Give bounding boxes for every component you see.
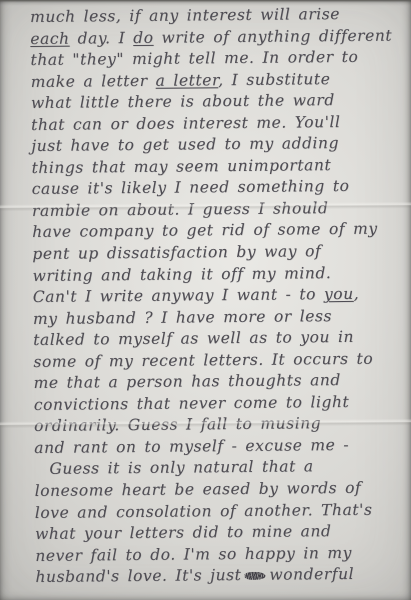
handwriting-text: things that may seem unimportant (31, 156, 331, 177)
handwriting-text: writing and taking it off my mind. (32, 264, 331, 285)
handwriting-text: wonderful (269, 565, 354, 584)
handwriting-line: have company to get rid of some of my (32, 219, 407, 244)
handwriting-text: day. I (69, 29, 133, 48)
letter-scan: much less, if any interest will ariseeac… (0, 0, 411, 600)
underlined-word: do (133, 28, 154, 46)
handwriting-text: , I substitute (218, 70, 330, 89)
handwriting-text: what your letters did to mine and (35, 522, 332, 543)
handwriting-text: that "they" might tell me. In order to (30, 48, 358, 69)
underlined-word: each (30, 29, 69, 47)
handwriting-text: Can't I write anyway I want - to (33, 285, 324, 306)
scribbled-out-word (244, 572, 265, 580)
handwriting-text: love and consolation of another. That's (35, 500, 373, 521)
underlined-word: a letter (156, 71, 219, 90)
handwriting-text: have company to get rid of some of my (32, 220, 378, 241)
handwriting-text: just have to get used to my adding (31, 134, 339, 155)
handwriting-text: write of anything different (153, 26, 392, 46)
handwriting-text: and rant on to myself - excuse me - (34, 436, 349, 457)
handwriting-line: husband's love. It's justwonderful (35, 564, 410, 589)
handwriting-text: ramble on about. I guess I should (32, 199, 329, 220)
handwriting-line: Can't I write anyway I want - to you, (33, 283, 408, 308)
handwriting-text: cause it's likely I need something to (32, 177, 350, 198)
handwriting-line: love and consolation of another. That's (35, 499, 410, 524)
handwriting-text: never fail to do. I'm so happy in my (35, 544, 352, 565)
handwriting-text: ordinarily. Guess I fall to musing (34, 415, 321, 436)
letter-page: much less, if any interest will ariseeac… (30, 3, 411, 588)
handwriting-text: talked to myself as well as to you in (33, 328, 354, 349)
handwriting-text: make a letter (31, 71, 156, 90)
handwriting-line: that "they" might tell me. In order to (30, 46, 405, 71)
handwriting-line: some of my recent letters. It occurs to (33, 348, 408, 373)
handwriting-text: some of my recent letters. It occurs to (33, 349, 373, 370)
handwriting-line: lonesome heart be eased by words of (35, 477, 410, 502)
handwriting-text: husband's love. It's just (35, 566, 241, 586)
handwriting-text: that can or does interest me. You'll (31, 113, 341, 134)
handwriting-text: much less, if any interest will arise (30, 5, 340, 26)
handwriting-text: , (354, 285, 360, 303)
handwriting-text: what little there is about the ward (31, 91, 335, 112)
handwriting-text: Guess it is only natural that a (49, 458, 313, 479)
handwriting-text: pent up dissatisfaction by way of (32, 242, 321, 263)
handwriting-text: lonesome heart be eased by words of (35, 479, 362, 500)
handwriting-text: my husband ? I have more or less (33, 307, 332, 328)
handwriting-text: me that a person has thoughts and (34, 371, 341, 392)
underlined-word: you (324, 285, 354, 303)
handwriting-text: convictions that never come to light (34, 393, 350, 414)
